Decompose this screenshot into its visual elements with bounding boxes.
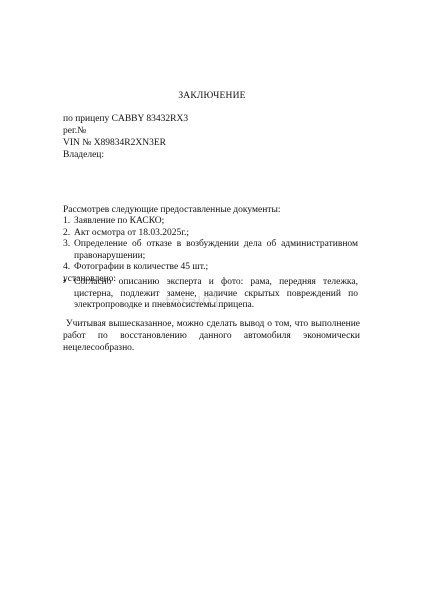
list-text: Заявление по КАСКО; <box>74 216 358 228</box>
list-item: 1. Заявление по КАСКО; <box>63 216 358 228</box>
documents-intro: Рассмотрев следующие предоставленные док… <box>63 204 280 216</box>
document-page: ЗАКЛЮЧЕНИЕ по прицепу CABBY 83432RX3 рег… <box>0 0 424 600</box>
list-number: 1. <box>63 216 74 228</box>
list-number: 2. <box>63 228 74 240</box>
list-item: • Согласно описанию эксперта и фото: рам… <box>63 277 358 312</box>
registration-number-line: рег.№ <box>63 125 86 137</box>
vin-line: VIN № X89834R2XN3ER <box>63 137 166 149</box>
bullet-icon: • <box>63 277 74 312</box>
trailer-model-line: по прицепу CABBY 83432RX3 <box>63 113 188 125</box>
list-text: Определение об отказе в возбуждении дела… <box>74 239 358 262</box>
finding-text: Согласно описанию эксперта и фото: рама,… <box>74 277 358 312</box>
conclusion-text: Учитывая вышесказанное, можно сделать вы… <box>63 319 360 353</box>
list-number: 3. <box>63 239 74 262</box>
findings-list: • Согласно описанию эксперта и фото: рам… <box>63 277 358 312</box>
owner-line: Владелец: <box>63 149 104 161</box>
list-number: 4. <box>63 262 74 274</box>
list-item: 4. Фотографии в количестве 45 шт.; <box>63 262 358 274</box>
list-item: 2. Акт осмотра от 18.03.2025г.; <box>63 228 358 240</box>
document-title: ЗАКЛЮЧЕНИЕ <box>0 91 424 101</box>
documents-list: 1. Заявление по КАСКО; 2. Акт осмотра от… <box>63 216 358 285</box>
list-text: Акт осмотра от 18.03.2025г.; <box>74 228 358 240</box>
list-item: 3. Определение об отказе в возбуждении д… <box>63 239 358 262</box>
list-text: Фотографии в количестве 45 шт.; <box>74 262 358 274</box>
conclusion-paragraph: Учитывая вышесказанное, можно сделать вы… <box>63 318 360 354</box>
